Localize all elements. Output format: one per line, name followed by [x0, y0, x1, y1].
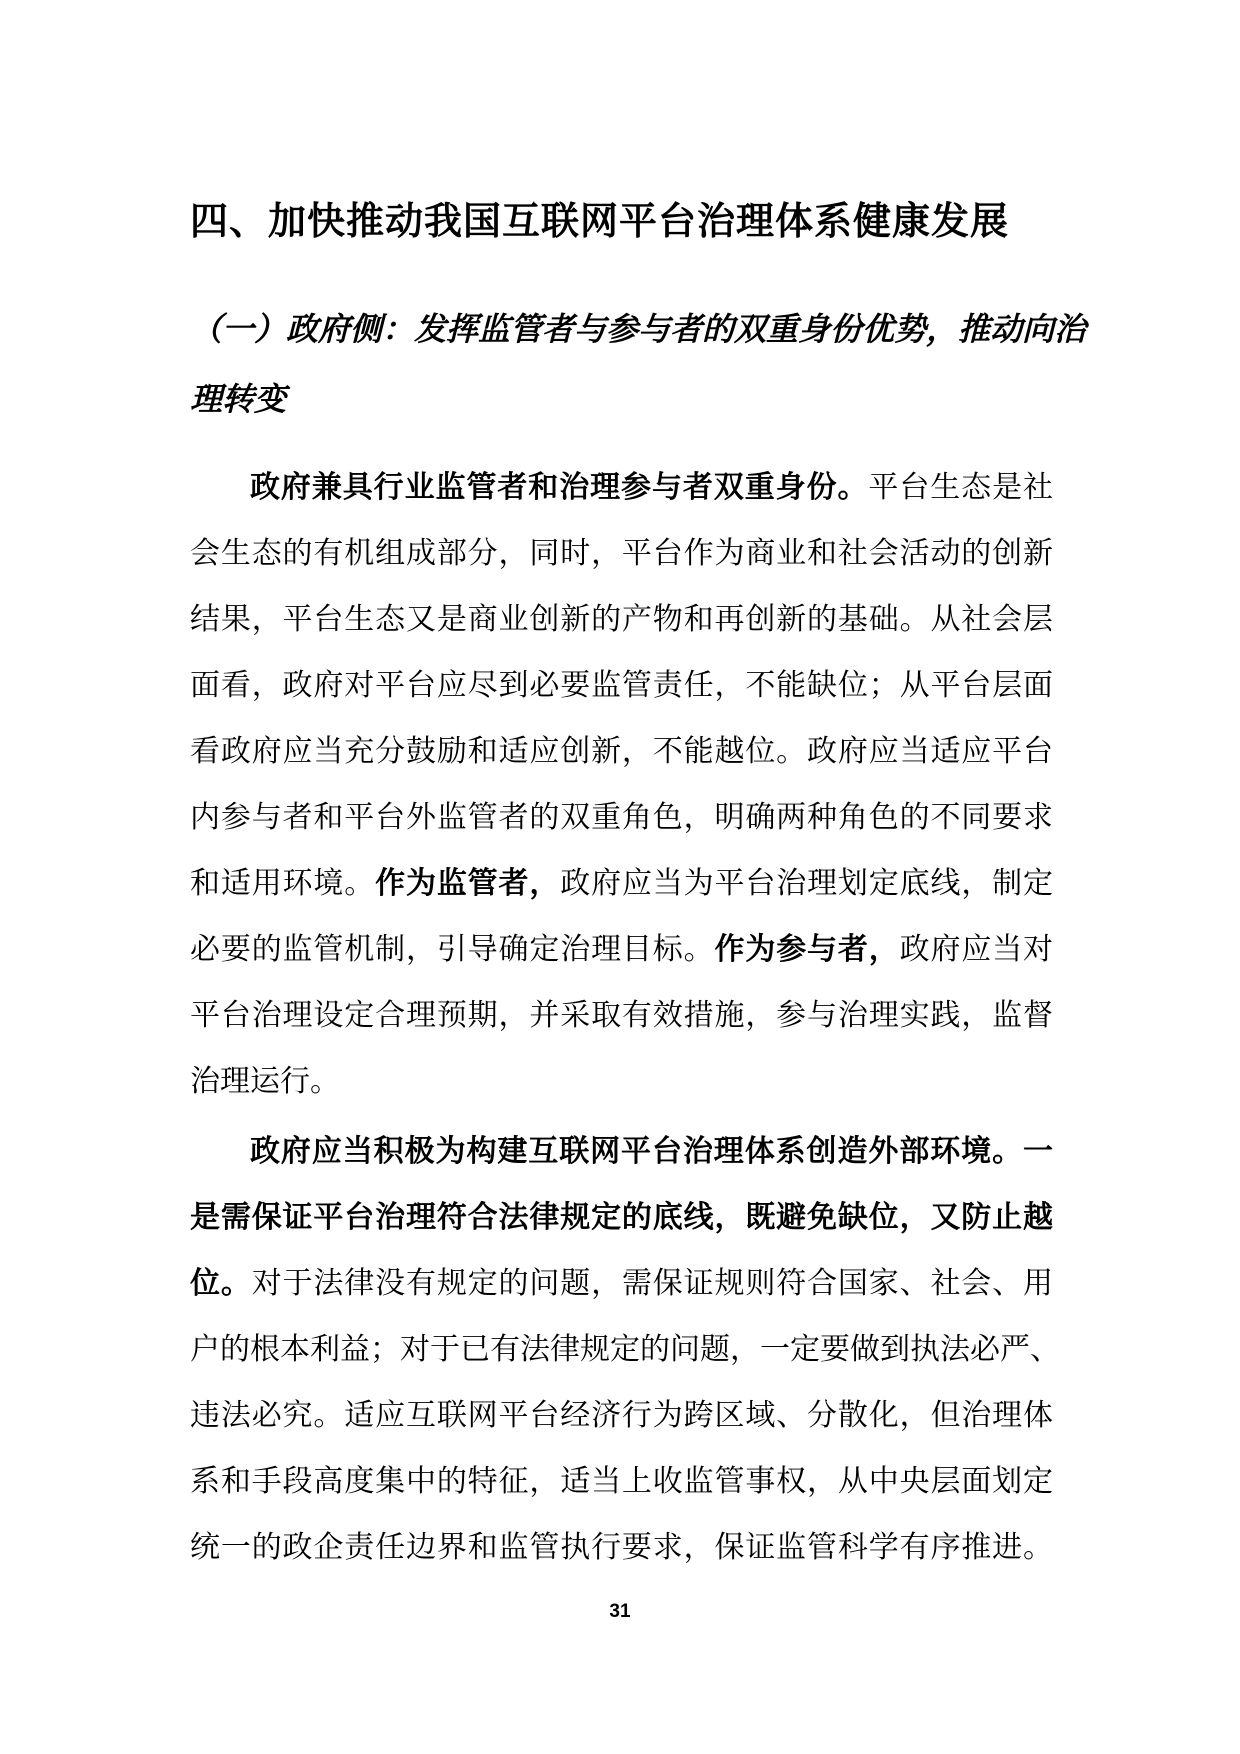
text-run: 平台生态是社: [868, 471, 1053, 504]
text-run: 治理运行。: [190, 1065, 340, 1098]
text-run: 统一的政企责任边界和监管执行要求，保证监管科学有序推进。: [190, 1531, 1053, 1564]
section-heading: 四、加快推动我国互联网平台治理体系健康发展: [190, 196, 1053, 248]
text-line: 政府应当积极为构建互联网平台治理体系创造外部环境。一: [190, 1119, 1053, 1185]
text-run: 和适用环境。: [190, 867, 375, 900]
text-line: 必要的监管机制，引导确定治理目标。作为参与者，政府应当对: [190, 917, 1053, 983]
text-run: 户的根本利益；对于已有法律规定的问题，一定要做到执法必严、: [190, 1333, 1060, 1366]
text-run: 看政府应当充分鼓励和适应创新，不能越位。政府应当适应平台: [190, 735, 1053, 768]
text-line: 平台治理设定合理预期，并采取有效措施，参与治理实践，监督: [190, 983, 1053, 1049]
text-line: 结果，平台生态又是商业创新的产物和再创新的基础。从社会层: [190, 587, 1053, 653]
text-line: 会生态的有机组成部分，同时，平台作为商业和社会活动的创新: [190, 521, 1053, 587]
text-line: 面看，政府对平台应尽到必要监管责任，不能缺位；从平台层面: [190, 653, 1053, 719]
text-line: 户的根本利益；对于已有法律规定的问题，一定要做到执法必严、: [190, 1317, 1053, 1383]
text-run: 会生态的有机组成部分，同时，平台作为商业和社会活动的创新: [190, 537, 1053, 570]
text-run: 政府应当对: [900, 933, 1053, 966]
text-line: 系和手段高度集中的特征，适当上收监管事权，从中央层面划定: [190, 1449, 1053, 1515]
text-run: 结果，平台生态又是商业创新的产物和再创新的基础。从社会层: [190, 603, 1053, 636]
text-line: 治理运行。: [190, 1049, 1053, 1115]
text-line: 违法必究。适应互联网平台经济行为跨区域、分散化，但治理体: [190, 1383, 1053, 1449]
document-page: 四、加快推动我国互联网平台治理体系健康发展 （一）政府侧：发挥监管者与参与者的双…: [0, 0, 1240, 1754]
subsection-heading-line: （一）政府侧：发挥监管者与参与者的双重身份优势，推动向治: [190, 294, 1053, 364]
text-line: 位。对于法律没有规定的问题，需保证规则符合国家、社会、用: [190, 1251, 1053, 1317]
text-run: 平台治理设定合理预期，并采取有效措施，参与治理实践，监督: [190, 999, 1053, 1032]
paragraph: 政府兼具行业监管者和治理参与者双重身份。平台生态是社会生态的有机组成部分，同时，…: [190, 455, 1053, 1115]
bold-text-run: 政府应当积极为构建互联网平台治理体系创造外部环境。一: [250, 1135, 1053, 1168]
paragraph: 政府应当积极为构建互联网平台治理体系创造外部环境。一是需保证平台治理符合法律规定…: [190, 1119, 1053, 1581]
text-run: 政府应当为平台治理划定底线，制定: [560, 867, 1053, 900]
bold-text-run: 作为参与者，: [714, 933, 899, 966]
text-run: 必要的监管机制，引导确定治理目标。: [190, 933, 714, 966]
bold-text-run: 政府兼具行业监管者和治理参与者双重身份。: [250, 471, 868, 504]
text-line: 政府兼具行业监管者和治理参与者双重身份。平台生态是社: [190, 455, 1053, 521]
text-line: 内参与者和平台外监管者的双重角色，明确两种角色的不同要求: [190, 785, 1053, 851]
subsection-heading: （一）政府侧：发挥监管者与参与者的双重身份优势，推动向治 理转变: [190, 294, 1053, 434]
document-content: 四、加快推动我国互联网平台治理体系健康发展 （一）政府侧：发挥监管者与参与者的双…: [190, 196, 1053, 1581]
body-paragraphs: 政府兼具行业监管者和治理参与者双重身份。平台生态是社会生态的有机组成部分，同时，…: [190, 455, 1053, 1581]
subsection-heading-line: 理转变: [190, 364, 1053, 434]
text-run: 内参与者和平台外监管者的双重角色，明确两种角色的不同要求: [190, 801, 1053, 834]
page-number: 31: [0, 1600, 1240, 1624]
text-line: 看政府应当充分鼓励和适应创新，不能越位。政府应当适应平台: [190, 719, 1053, 785]
text-run: 违法必究。适应互联网平台经济行为跨区域、分散化，但治理体: [190, 1399, 1053, 1432]
bold-text-run: 是需保证平台治理符合法律规定的底线，既避免缺位，又防止越: [190, 1201, 1053, 1234]
text-run: 面看，政府对平台应尽到必要监管责任，不能缺位；从平台层面: [190, 669, 1053, 702]
text-run: 系和手段高度集中的特征，适当上收监管事权，从中央层面划定: [190, 1465, 1053, 1498]
bold-text-run: 位。: [190, 1267, 252, 1300]
text-line: 是需保证平台治理符合法律规定的底线，既避免缺位，又防止越: [190, 1185, 1053, 1251]
bold-text-run: 作为监管者，: [375, 867, 560, 900]
text-run: 对于法律没有规定的问题，需保证规则符合国家、社会、用: [252, 1267, 1053, 1300]
text-line: 统一的政企责任边界和监管执行要求，保证监管科学有序推进。: [190, 1515, 1053, 1581]
text-line: 和适用环境。作为监管者，政府应当为平台治理划定底线，制定: [190, 851, 1053, 917]
